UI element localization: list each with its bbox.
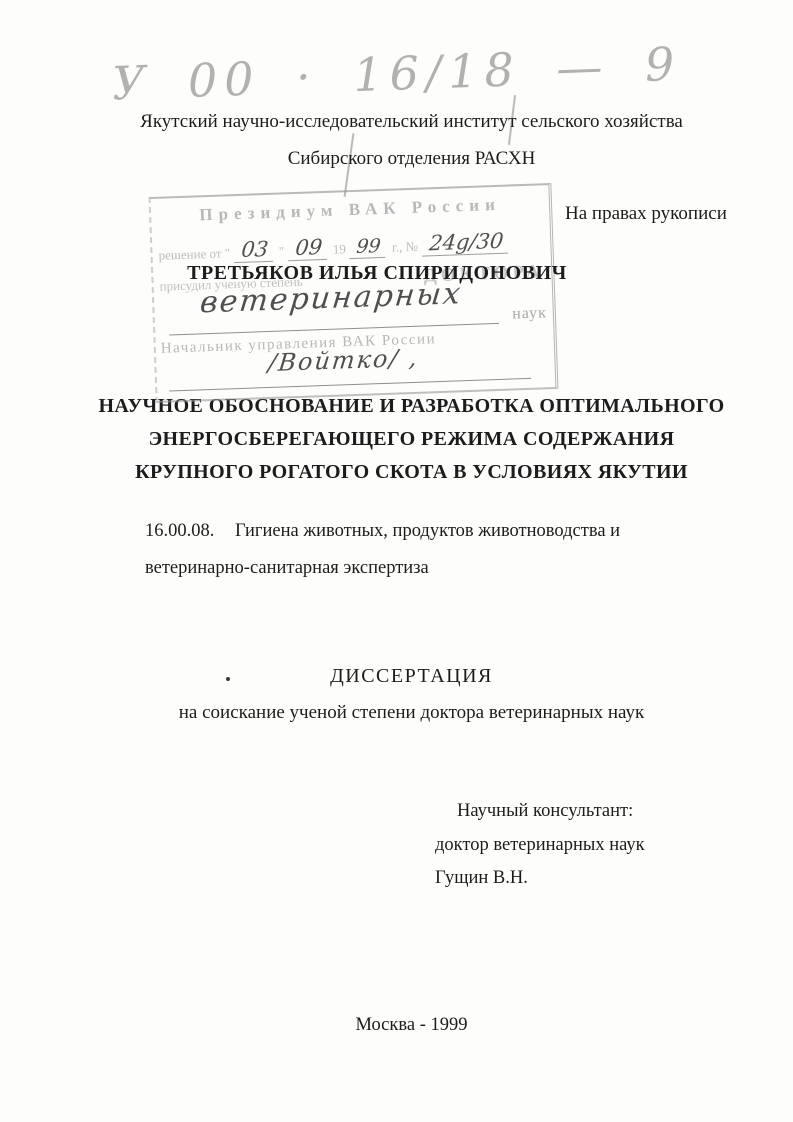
- stamp-handwritten-number: 24g/30: [422, 228, 511, 256]
- stamp-handwritten-year: 99: [350, 235, 389, 259]
- document-type: ДИССЕРТАЦИЯ: [30, 665, 793, 688]
- stamp-handwritten-day: 03: [234, 237, 275, 263]
- city-year-line: Москва - 1999: [30, 1015, 793, 1036]
- stamp-blank-line: [169, 323, 499, 336]
- stamp-handwritten-signature: /Войтко/ ,: [267, 344, 420, 377]
- title-line1: НАУЧНОЕ ОБОСНОВАНИЕ И РАЗРАБОТКА ОПТИМАЛ…: [30, 390, 793, 423]
- institute-name-line2: Сибирского отделения РАСХН: [30, 148, 793, 170]
- handwritten-shelf-mark: У 00 · 16/18 — 9: [111, 39, 603, 110]
- specialty-code: 16.00.08.: [145, 521, 230, 541]
- stamp-decision-line: решение от " 03 " 09 19 99 г., № 24g/30: [158, 227, 547, 266]
- institute-name-line1: Якутский научно-исследовательский инстит…: [30, 111, 793, 133]
- stamp-decision-label: решение от ": [158, 245, 230, 263]
- specialty-text-line1: Гигиена животных, продуктов животноводст…: [235, 521, 620, 541]
- specialty-block: 16.00.08. Гигиена животных, продуктов жи…: [145, 513, 685, 587]
- manuscript-rights-note: На правах рукописи: [565, 203, 727, 225]
- stamp-signature-line: [169, 378, 531, 392]
- stamp-close-quote: ": [279, 243, 285, 259]
- consultant-name: Гущин В.Н.: [435, 862, 645, 896]
- specialty-line1: 16.00.08. Гигиена животных, продуктов жи…: [145, 513, 685, 550]
- stamp-organization: Президиум ВАК России: [151, 193, 549, 227]
- stamp-year-printed: 19: [333, 241, 347, 257]
- consultant-degree: доктор ветеринарных наук: [435, 829, 645, 863]
- scanned-title-page: У 00 · 16/18 — 9 Якутский научно-исследо…: [0, 0, 793, 1122]
- stamp-sciences-word: наук: [512, 304, 547, 323]
- stamp-year-suffix: г., №: [392, 239, 419, 256]
- consultant-block: Научный консультант: доктор ветеринарных…: [435, 795, 645, 896]
- vak-approval-stamp: Президиум ВАК России решение от " 03 " 0…: [149, 183, 559, 403]
- title-line3: КРУПНОГО РОГАТОГО СКОТА В УСЛОВИЯХ ЯКУТИ…: [30, 456, 793, 489]
- author-name: ТРЕТЬЯКОВ ИЛЬЯ СПИРИДОНОВИЧ: [142, 262, 612, 285]
- title-line2: ЭНЕРГОСБЕРЕГАЮЩЕГО РЕЖИМА СОДЕРЖАНИЯ: [30, 423, 793, 456]
- dissertation-title: НАУЧНОЕ ОБОСНОВАНИЕ И РАЗРАБОТКА ОПТИМАЛ…: [30, 390, 793, 489]
- stamp-handwritten-month: 09: [288, 235, 329, 261]
- degree-pursuit-line: на соискание ученой степени доктора вете…: [30, 702, 793, 724]
- specialty-text-line2: ветеринарно-санитарная экспертиза: [145, 550, 685, 587]
- consultant-label: Научный консультант:: [435, 795, 645, 829]
